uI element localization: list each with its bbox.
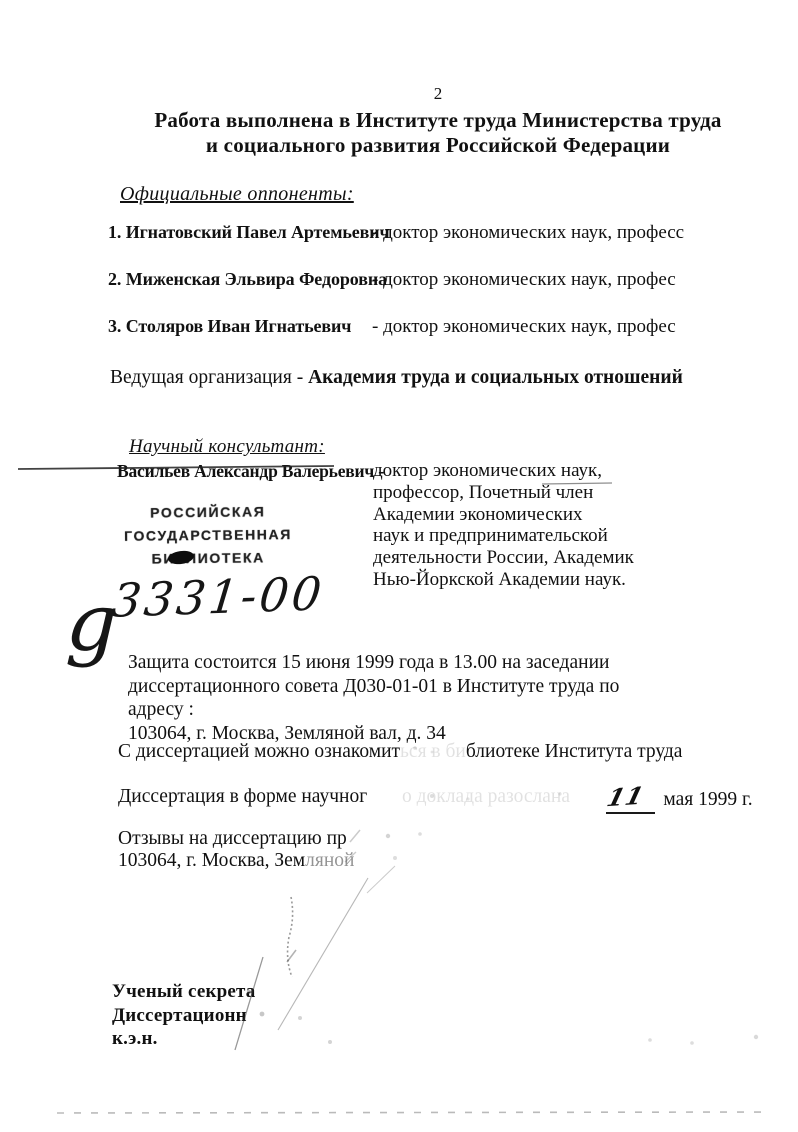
reviews-address-line1: Отзывы на диссертацию пр bbox=[118, 827, 347, 851]
library-line-erased: ься в би bbox=[400, 741, 466, 762]
reviews-line2-faded: ляной bbox=[305, 850, 354, 871]
opponent-row: 1. Игнатовский Павел Артемьевич - доктор… bbox=[0, 222, 798, 246]
opponent-name: 2. Миженская Эльвира Федоровна bbox=[108, 269, 387, 290]
library-stamp-line: ГОСУДАРСТВЕННАЯ bbox=[103, 523, 313, 548]
smudge-speck bbox=[393, 856, 397, 860]
leading-organization-line: Ведущая организация - Академия труда и с… bbox=[110, 367, 683, 389]
library-availability-line: С диссертацией можно ознакомиться в библ… bbox=[118, 740, 778, 764]
smudge-speck bbox=[287, 950, 296, 962]
library-stamp: РОССИЙСКАЯ ГОСУДАРСТВЕННАЯ БИБЛИОТЕКА bbox=[103, 500, 314, 571]
page-number: 2 bbox=[98, 84, 778, 104]
reviews-address-line2: 103064, г. Москва, Земляной bbox=[118, 849, 354, 873]
defense-announcement: Защита состоится 15 июня 1999 года в 13.… bbox=[128, 651, 668, 745]
library-stamp-line: РОССИЙСКАЯ bbox=[103, 500, 313, 525]
handwritten-accession-number: 3331-00 bbox=[109, 568, 326, 626]
smudge-speck bbox=[350, 830, 360, 842]
opponent-name: 1. Игнатовский Павел Артемьевич bbox=[108, 222, 390, 243]
handwritten-day: 11 bbox=[605, 784, 647, 810]
smudge-speck bbox=[690, 1041, 694, 1045]
handwritten-day-underline: 11 bbox=[606, 785, 655, 814]
mailed-line-visible: Диссертация в форме научног bbox=[118, 785, 367, 809]
smudge-speck bbox=[386, 834, 390, 838]
smudge-speck bbox=[418, 832, 422, 836]
mailed-date: 11мая 1999 г. bbox=[606, 785, 753, 814]
opponent-row: 2. Миженская Эльвира Федоровна - доктор … bbox=[0, 269, 798, 293]
library-line-visible: блиотеке Института труда bbox=[466, 741, 683, 762]
mailed-month-year: мая 1999 г. bbox=[663, 789, 752, 810]
smudge-speck bbox=[648, 1038, 652, 1042]
scanned-document-page: 2 Работа выполнена в Институте труда Мин… bbox=[0, 0, 798, 1132]
bottom-scan-line bbox=[57, 1112, 770, 1113]
leading-organization-name: Академия труда и социальных отношений bbox=[308, 367, 683, 388]
smudge-speck bbox=[328, 1040, 332, 1044]
document-heading: Работа выполнена в Институте труда Минис… bbox=[98, 108, 778, 158]
opponent-row: 3. Столяров Иван Игнатьевич - доктор эко… bbox=[0, 316, 798, 340]
smudge-speck bbox=[298, 1016, 302, 1020]
leading-organization-prefix: Ведущая организация - bbox=[110, 367, 308, 388]
mailed-line-erased: о доклада разослана bbox=[402, 785, 570, 809]
secretary-signature-block: Ученый секрета Диссертационн к.э.н. bbox=[112, 980, 255, 1051]
opponent-degree: - доктор экономических наук, профес bbox=[372, 316, 676, 338]
opponent-name: 3. Столяров Иван Игнатьевич bbox=[108, 316, 351, 337]
scratch-mark bbox=[278, 878, 368, 1030]
opponents-section-label: Официальные оппоненты: bbox=[120, 183, 354, 206]
consultant-name: Васильев Александр Валерьевич - bbox=[117, 461, 384, 482]
library-line-visible: С диссертацией можно ознакомит bbox=[118, 741, 400, 762]
scratch-mark bbox=[367, 866, 395, 893]
smudge-squiggle bbox=[288, 897, 293, 977]
reviews-line2-visible: 103064, г. Москва, Зем bbox=[118, 850, 305, 871]
opponent-degree: - доктор экономических наук, профес bbox=[372, 269, 676, 291]
mailed-date-line: Диссертация в форме научног о доклада ра… bbox=[118, 785, 788, 815]
smudge-speck bbox=[260, 1012, 265, 1017]
consultant-credentials: доктор экономических наук, профессор, По… bbox=[373, 460, 723, 591]
smudge-speck bbox=[754, 1035, 758, 1039]
consultant-section-label: Научный консультант: bbox=[129, 436, 325, 458]
opponent-degree: - доктор экономических наук, професс bbox=[372, 222, 684, 244]
